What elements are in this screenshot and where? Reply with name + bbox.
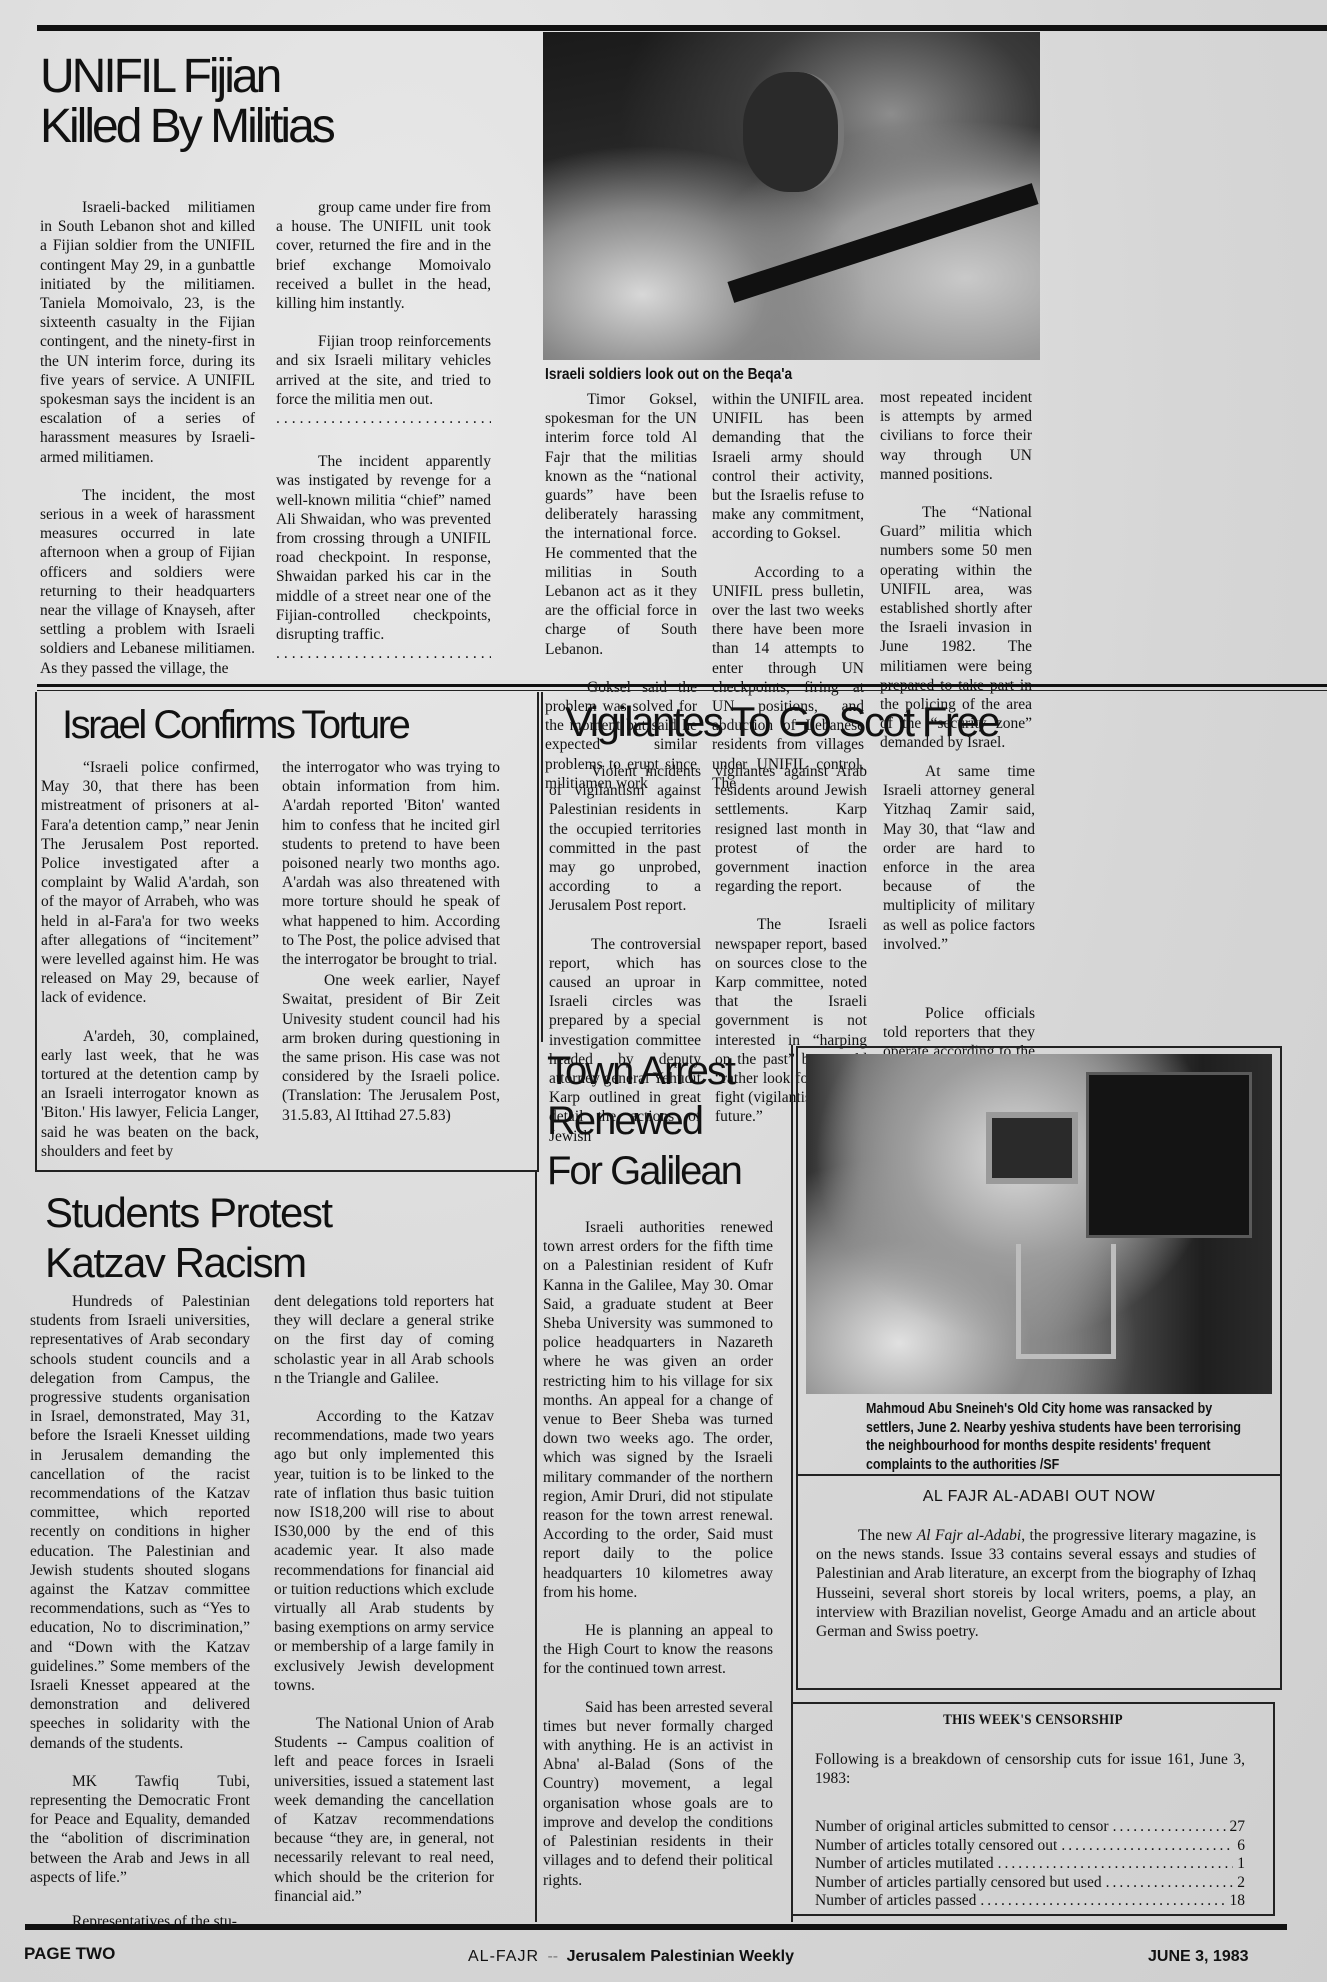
headline-unifil: UNIFIL Fijian Killed By Militias: [40, 52, 333, 153]
censorship-title: THIS WEEK'S CENSORSHIP: [817, 1712, 1249, 1729]
photo-caption-beqaa: Israeli soldiers look out on the Beqa'a: [545, 366, 792, 385]
photo-chair-shape: [1016, 1244, 1116, 1359]
headline-torture: Israel Confirms Torture: [62, 704, 408, 746]
section-rule-thin: [37, 690, 1327, 691]
photo-caption-ransacked: Mahmoud Abu Sneineh's Old City home was …: [866, 1400, 1244, 1474]
adabi-body: The new Al Fajr al-Adabi, the progressiv…: [816, 1526, 1256, 1641]
column-rule: [535, 1170, 537, 1922]
article-unifil: UNIFIL Fijian Killed By Militias Israeli…: [0, 0, 1327, 690]
students-column-2: dent delegations told reporters hat they…: [274, 1292, 494, 1906]
bottom-rule: [25, 1924, 1287, 1930]
photo-ransacked-home: [806, 1054, 1272, 1394]
torture-column-1: “Israeli police confirmed, May 30, that …: [41, 758, 259, 1161]
article-students: Students Protest Katzav Racism Hundreds …: [0, 1172, 535, 1962]
footer-masthead-name: AL-FAJR: [468, 1948, 539, 1965]
footer-page-label: PAGE TWO: [24, 1944, 115, 1964]
article-vigilantes: Vigilantes To Go Scot Free Violent incid…: [541, 692, 1327, 1042]
unifil-column-1: Israeli-backed militiamen in South Leban…: [40, 198, 255, 678]
photo-rifle-shape: [727, 183, 1038, 303]
headline-vigilantes: Vigilantes To Go Scot Free: [565, 700, 998, 744]
newspaper-page: UNIFIL Fijian Killed By Militias Israeli…: [0, 0, 1327, 1982]
unifil-column-2: group came under fire from a house. The …: [276, 198, 491, 663]
headline-town-arrest: Town Arrest Renewed For Galilean: [547, 1046, 741, 1196]
students-column-1: Hundreds of Palestinian students from Is…: [30, 1292, 250, 1931]
photo-box-ransacked: Mahmoud Abu Sneineh's Old City home was …: [796, 1046, 1282, 1476]
box-adabi: AL FAJR AL-ADABI OUT NOW The new Al Fajr…: [796, 1474, 1282, 1690]
photo-soldiers-beqaa: [543, 32, 1040, 360]
censorship-row: Number of articles passed ..............…: [815, 1892, 1245, 1911]
censorship-row: Number of articles totally censored out …: [815, 1837, 1245, 1856]
footer-separator: --: [547, 1948, 558, 1965]
dotted-separator: ......................................: [276, 644, 491, 663]
torture-column-2: the interrogator who was trying to obtai…: [282, 758, 500, 1125]
section-rule: [37, 684, 1327, 687]
dotted-separator: ......................................: [276, 409, 491, 428]
adabi-title: AL FAJR AL-ADABI OUT NOW: [798, 1488, 1280, 1506]
censorship-row: Number of original articles submitted to…: [815, 1818, 1245, 1837]
photo-helmet-shape: [743, 72, 844, 192]
box-censorship: THIS WEEK'S CENSORSHIP Following is a br…: [791, 1702, 1275, 1916]
censorship-table: Number of original articles submitted to…: [815, 1818, 1245, 1911]
town-arrest-column: Israeli authorities renewed town arrest …: [543, 1218, 773, 1890]
censorship-intro: Following is a breakdown of censorship c…: [815, 1750, 1245, 1788]
censorship-row: Number of articles mutilated ...........…: [815, 1855, 1245, 1874]
footer-subtitle: Jerusalem Palestinian Weekly: [567, 1948, 794, 1965]
headline-students: Students Protest Katzav Racism: [45, 1188, 332, 1287]
footer-date: JUNE 3, 1983: [1148, 1948, 1249, 1966]
article-torture: Israel Confirms Torture “Israeli police …: [35, 692, 539, 1172]
footer-masthead: AL-FAJR -- Jerusalem Palestinian Weekly: [468, 1948, 794, 1966]
photo-tv-shape: [986, 1112, 1078, 1184]
article-town-arrest: Town Arrest Renewed For Galilean Israeli…: [541, 1038, 791, 1922]
censorship-row: Number of articles partially censored bu…: [815, 1874, 1245, 1893]
photo-cabinet-shape: [1086, 1072, 1252, 1238]
